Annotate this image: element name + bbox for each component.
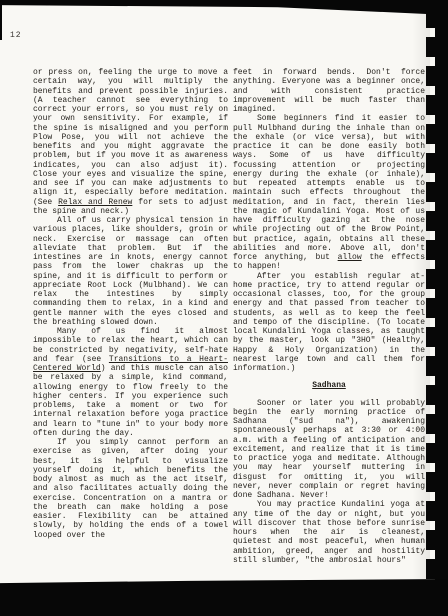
underlined-text: Relax and Renew	[58, 198, 132, 207]
scanned-page: 12 or press on, feeling the urge to move…	[0, 0, 448, 616]
body-text: You may practice Kundalini yoga at any t…	[233, 500, 425, 565]
underlined-text: Sadhana	[312, 381, 346, 390]
underlined-text: allow	[338, 253, 362, 262]
paragraph: You may practice Kundalini yoga at any t…	[233, 500, 425, 565]
right-column: feet in forward bends. Don't force anyth…	[233, 68, 425, 565]
body-text: feet in forward bends. Don't force anyth…	[233, 68, 425, 114]
paragraph: Many of us find it almost impossible to …	[33, 327, 228, 438]
scan-edge-left	[0, 0, 2, 40]
body-text: Sooner or later you will probably begin …	[233, 399, 425, 501]
paragraph: feet in forward bends. Don't force anyth…	[233, 68, 425, 114]
scan-edge-top	[0, 0, 448, 15]
body-text: or press on, feeling the urge to move a …	[33, 68, 228, 207]
paragraph: If you simply cannot perform an exercise…	[33, 438, 228, 540]
paragraph: or press on, feeling the urge to move a …	[33, 68, 228, 216]
body-text: After you establish regular at-home prac…	[233, 272, 425, 374]
left-column: or press on, feeling the urge to move a …	[33, 68, 228, 540]
body-text: Some beginners find it easier to pull Mu…	[233, 114, 425, 262]
comb-binding-edge	[426, 8, 448, 586]
page-number: 12	[10, 31, 22, 40]
paragraph: Sooner or later you will probably begin …	[233, 399, 425, 501]
body-text: ) and this muscle can also be relaxed by…	[33, 364, 228, 438]
section-heading: Sadhana	[233, 381, 425, 390]
paragraph: Some beginners find it easier to pull Mu…	[233, 114, 425, 271]
body-text: All of us carry physical tension in vari…	[33, 216, 228, 327]
body-text: If you simply cannot perform an exercise…	[33, 438, 228, 540]
scan-edge-bottom	[0, 579, 448, 616]
paragraph: After you establish regular at-home prac…	[233, 272, 425, 374]
paragraph: All of us carry physical tension in vari…	[33, 216, 228, 327]
